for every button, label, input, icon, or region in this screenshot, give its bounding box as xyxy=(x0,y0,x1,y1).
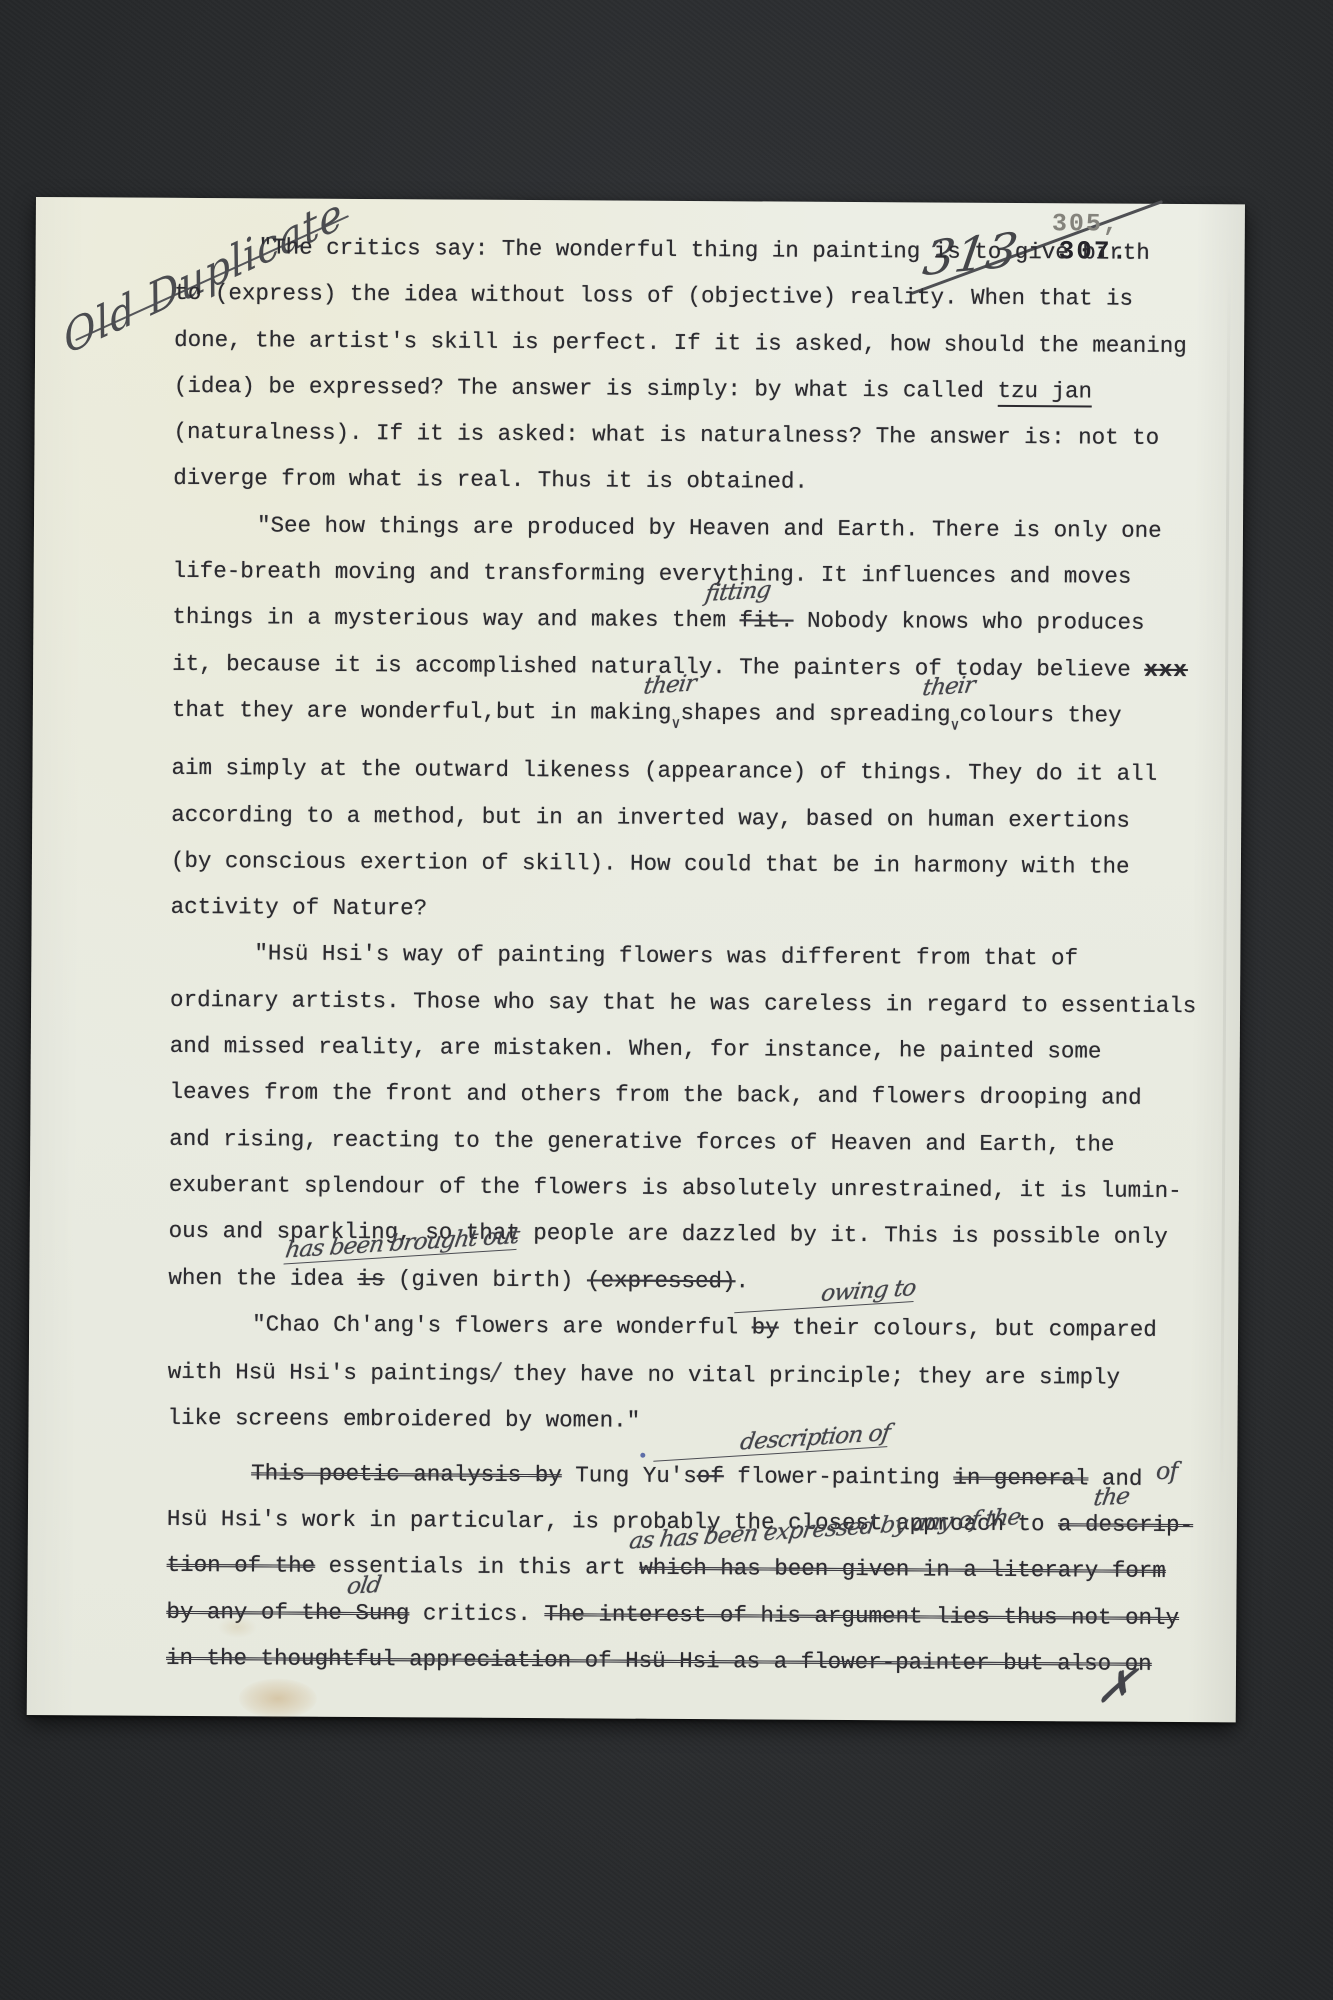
struck-text: a descrip- xyxy=(1058,1511,1193,1538)
typed-text: and rising, reacting to the generative f… xyxy=(169,1125,1114,1157)
typed-text: "The critics say: The wonderful thing in… xyxy=(259,234,1150,265)
typed-text: like screens embroidered by women." xyxy=(167,1405,640,1434)
typed-line: according to a method, but in an inverte… xyxy=(171,791,1246,844)
caret-mark: ∨ xyxy=(950,718,959,735)
typed-text: done, the artist's skill is perfect. If … xyxy=(174,326,1187,358)
typed-text: and missed reality, are mistaken. When, … xyxy=(170,1033,1102,1065)
struck-text: in general xyxy=(953,1464,1088,1491)
typed-text: (by conscious exertion of skill). How co… xyxy=(171,848,1130,880)
handwritten-insert: fitting xyxy=(704,579,772,606)
struck-text: The interest of his argument lies thus n… xyxy=(544,1601,1179,1631)
typed-text: they have no vital principle; they are s… xyxy=(499,1361,1120,1391)
typed-line: that they are wonderful,but in makingthe… xyxy=(172,687,1247,752)
typed-line: exuberant splendour of the flowers is ab… xyxy=(169,1162,1244,1215)
struck-text: (expressed) xyxy=(587,1267,736,1294)
struck-text: of xyxy=(697,1463,724,1489)
typed-line: "Hsü Hsi's way of painting flowers was d… xyxy=(170,930,1245,983)
typed-text: shapes and spreading xyxy=(680,700,950,728)
typed-line: aim simply at the outward likeness (appe… xyxy=(171,745,1246,798)
typed-line: and rising, reacting to the generative f… xyxy=(169,1115,1244,1168)
handwritten-mark: of xyxy=(1156,1457,1178,1485)
underlined-text: tzu jan xyxy=(997,378,1092,408)
typed-line: and missed reality, are mistaken. When, … xyxy=(170,1023,1245,1076)
struck-text: by xyxy=(752,1314,779,1340)
typed-text: "Chao Ch'ang's flowers are wonderful xyxy=(252,1311,752,1340)
typed-text: "See how things are produced by Heaven a… xyxy=(257,512,1162,544)
struck-text: fit. xyxy=(739,608,793,634)
typed-text: their colours, but compared xyxy=(779,1314,1157,1342)
handwritten-insert: old xyxy=(345,1574,382,1599)
handwritten-insert: their xyxy=(642,673,697,699)
typed-line: it, because it is accomplished naturally… xyxy=(172,641,1247,694)
typed-text: Nobody knows who produces xyxy=(793,608,1144,636)
typed-text: flower-painting xyxy=(724,1463,954,1490)
typed-text: that they are wonderful,but in making xyxy=(172,697,672,726)
typed-line: tion of the essentials in this art as ha… xyxy=(167,1542,1242,1595)
struck-text: is xyxy=(357,1266,384,1292)
typed-body: "The critics say: The wonderful thing in… xyxy=(166,224,1250,1688)
typed-text: leaves from the front and others from th… xyxy=(169,1079,1141,1111)
typed-line: by any of the oldSung critics. The inter… xyxy=(166,1588,1241,1641)
typed-line: things in a mysterious way and makes the… xyxy=(172,594,1247,647)
typed-text: colours they xyxy=(959,702,1121,729)
typed-text: (naturalness). If it is asked: what is n… xyxy=(173,419,1159,451)
typed-line: (idea) be expressed? The answer is simpl… xyxy=(174,363,1249,416)
typed-text: with Hsü Hsi's paintings xyxy=(168,1359,492,1387)
typed-line: "The critics say: The wonderful thing in… xyxy=(175,224,1250,277)
typed-line: activity of Nature? xyxy=(171,884,1246,937)
typed-line: diverge from what is real. Thus it is ob… xyxy=(173,455,1248,508)
handwritten-insert: ✗ xyxy=(1096,1674,1136,1699)
handwritten-insert: their xyxy=(921,674,976,700)
struck-text: in the thoughtful appreciation of Hsü Hs… xyxy=(166,1645,1152,1677)
typed-text: exuberant splendour of the flowers is ab… xyxy=(169,1172,1182,1204)
typed-text: activity of Nature? xyxy=(171,894,428,922)
ink-speck xyxy=(640,1453,645,1458)
typed-text: when the idea xyxy=(168,1264,357,1291)
typed-line: "See how things are produced by Heaven a… xyxy=(173,502,1248,555)
typed-text: (given birth) xyxy=(384,1266,587,1293)
typed-line: in the thoughtful appreciation of Hsü Hs… xyxy=(166,1635,1241,1688)
typed-text: "Hsü Hsi's way of painting flowers was d… xyxy=(254,941,1078,972)
typed-line: "Chao Ch'ang's flowers are wonderful owi… xyxy=(168,1301,1243,1354)
caret-mark: ∨ xyxy=(671,716,680,733)
typed-text: according to a method, but in an inverte… xyxy=(171,801,1130,833)
paper-stain xyxy=(217,1616,257,1638)
typed-text: Tung Yu's xyxy=(562,1462,697,1489)
struck-text: This poetic analysis by xyxy=(251,1460,562,1488)
struck-text: by any of the xyxy=(166,1598,355,1625)
struck-text: tion of the xyxy=(167,1552,316,1579)
typed-text: diverge from what is real. Thus it is ob… xyxy=(173,465,808,495)
typed-line: (naturalness). If it is asked: what is n… xyxy=(173,409,1248,462)
typed-line: to (express) the idea without loss of (o… xyxy=(174,270,1249,323)
handwritten-insert: the xyxy=(1092,1485,1131,1510)
typed-text: (idea) be expressed? The answer is simpl… xyxy=(174,373,998,404)
typed-line: when the idea has been brought outis (gi… xyxy=(168,1254,1243,1307)
typed-line: This poetic analysis by Tung Yu'sdescrip… xyxy=(167,1442,1242,1503)
typed-line: done, the artist's skill is perfect. If … xyxy=(174,316,1249,369)
typed-text: life-breath moving and transforming ever… xyxy=(173,558,1132,590)
typed-line: (by conscious exertion of skill). How co… xyxy=(171,838,1246,891)
typed-text: aim simply at the outward likeness (appe… xyxy=(171,755,1157,787)
typed-line: leaves from the front and others from th… xyxy=(169,1069,1244,1122)
typed-line: with Hsü Hsi's paintings/ they have no v… xyxy=(168,1347,1243,1402)
struck-text: which has been given in a literary form xyxy=(639,1555,1166,1584)
typed-line: ordinary artists. Those who say that he … xyxy=(170,977,1245,1030)
manuscript-page: Old Duplicate 313 305, 307. "The critics… xyxy=(27,197,1245,1722)
paper-stain xyxy=(239,1678,317,1718)
typed-text: to (express) the idea without loss of (o… xyxy=(174,280,1133,312)
struck-text: Sung xyxy=(355,1600,409,1626)
overstruck-text: xxx xyxy=(1144,656,1188,682)
typed-text: ordinary artists. Those who say that he … xyxy=(170,987,1196,1019)
typed-text: things in a mysterious way and makes the… xyxy=(172,604,739,633)
typed-text: critics. xyxy=(409,1600,544,1627)
